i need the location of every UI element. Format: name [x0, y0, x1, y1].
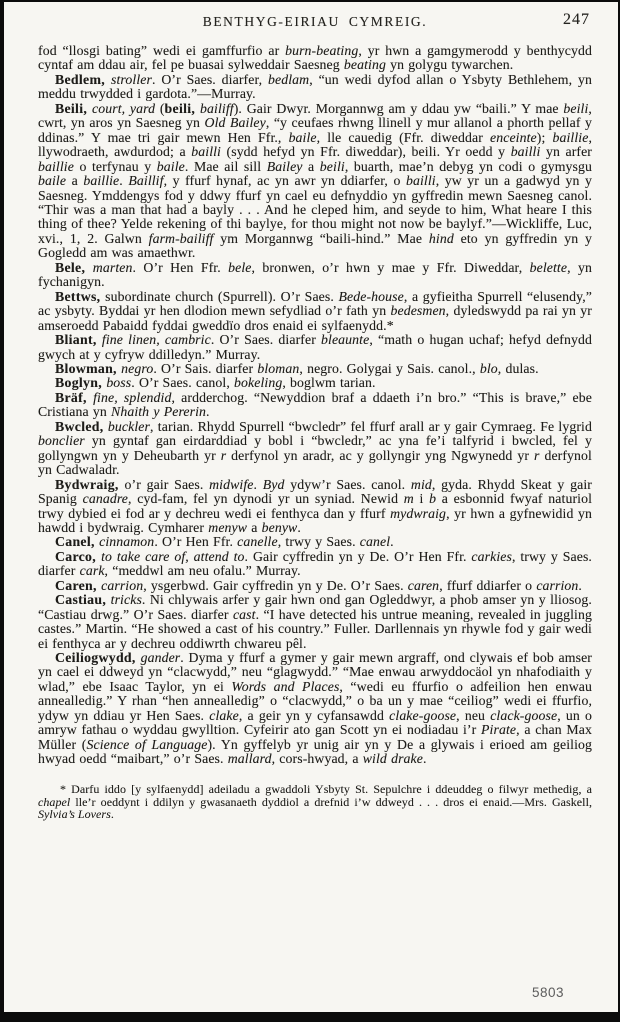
- text-run: .: [297, 520, 301, 535]
- italic-term: beili: [320, 159, 345, 174]
- text-run: .: [423, 751, 427, 766]
- italic-term: Nhaith y Pererin: [111, 404, 206, 419]
- text-run: );: [537, 130, 553, 145]
- italic-term: caren: [408, 578, 439, 593]
- italic-term: Bailey: [267, 159, 303, 174]
- text-run: . O’r Saes. canol,: [131, 375, 234, 390]
- italic-term: bokeling: [234, 375, 282, 390]
- headword: Castiau,: [55, 592, 111, 607]
- text-run: a: [303, 159, 320, 174]
- italic-term: cark: [80, 563, 105, 578]
- text-run: .: [254, 477, 263, 492]
- headword: Carco,: [55, 549, 101, 564]
- italic-term: bailiff: [200, 101, 234, 116]
- italic-term: cinnamon: [99, 534, 154, 549]
- italic-term: mydwraig: [390, 506, 446, 521]
- italic-term: mid: [411, 477, 432, 492]
- italic-term: baile: [157, 159, 185, 174]
- headword: Blowman,: [55, 361, 121, 376]
- text-run: , ysgerbwd. Gair cyffredin yn y De. O’r …: [143, 578, 408, 593]
- text-run: subordinate church (Spurrell). O’r Saes.: [105, 289, 338, 304]
- italic-term: hind: [429, 231, 454, 246]
- italic-term: enceinte: [490, 130, 537, 145]
- dictionary-entry: Boglyn, boss. O’r Saes. canol, bokeling,…: [38, 376, 592, 390]
- text-run: . O’r Hen Ffr.: [154, 534, 237, 549]
- italic-term: Science of Language: [86, 737, 207, 752]
- italic-term: blo: [480, 361, 498, 376]
- text-run: ydyw’r Saes. canol.: [285, 477, 411, 492]
- italic-term: canadre: [83, 491, 128, 506]
- text-run: fod “llosgi bating” wedi ei gamffurfio a…: [38, 43, 285, 58]
- italic-term: bonclier: [38, 433, 85, 448]
- headword: Bedlem,: [55, 72, 111, 87]
- italic-term: bele: [228, 260, 251, 275]
- italic-term: bailli: [511, 144, 541, 159]
- dictionary-entry: Beili, court, yard (beili, bailiff). Gai…: [38, 102, 592, 261]
- headword: Canel,: [55, 534, 99, 549]
- italic-term: stroller: [111, 72, 152, 87]
- dictionary-entry: Castiau, tricks. Ni chlywais arfer y gai…: [38, 593, 592, 651]
- italic-term: midwife: [209, 477, 253, 492]
- dictionary-entry: Bräf, fine, splendid, ardderchog. “Newyd…: [38, 391, 592, 420]
- italic-term: m: [404, 491, 414, 506]
- italic-term: fine, splendid: [93, 390, 171, 405]
- text-run: . O’r Hen Ffr.: [132, 260, 228, 275]
- text-run: , tarian. Rhydd Spurrell “bwcledr” fel f…: [150, 419, 592, 434]
- dictionary-entry: Bydwraig, o’r gair Saes. midwife. Byd yd…: [38, 478, 592, 536]
- dictionary-body: fod “llosgi bating” wedi ei gamffurfio a…: [38, 44, 592, 767]
- scan-stamp-number: 5803: [532, 985, 564, 1000]
- italic-term: gander: [141, 650, 181, 665]
- italic-term: court, yard: [92, 101, 155, 116]
- italic-term: clake: [209, 708, 239, 723]
- text-run: o terfynau y: [74, 159, 157, 174]
- italic-term: canelle: [237, 534, 278, 549]
- dictionary-entry: Canel, cinnamon. O’r Hen Ffr. canelle, t…: [38, 535, 592, 549]
- italic-term: belette: [530, 260, 567, 275]
- text-run: .: [206, 404, 210, 419]
- italic-term: Baillif: [128, 173, 163, 188]
- italic-term: Byd: [263, 477, 285, 492]
- dictionary-entry: Bele, marten. O’r Hen Ffr. bele, bronwen…: [38, 261, 592, 290]
- italic-term: marten: [93, 260, 133, 275]
- text-run: .: [390, 534, 394, 549]
- italic-term: mallard: [228, 751, 272, 766]
- text-run: .: [111, 807, 114, 821]
- italic-term: canel: [360, 534, 390, 549]
- text-run: * Darfu iddo [y sylfaenydd] adeiladu a g…: [60, 782, 592, 796]
- italic-term: baile: [289, 130, 317, 145]
- italic-term: boss: [106, 375, 131, 390]
- italic-term: carkies: [471, 549, 512, 564]
- italic-term: clake-goose: [389, 708, 456, 723]
- text-run: (: [155, 101, 164, 116]
- text-run: , cyd-fam, fel yn dynodi yr un syniad. N…: [128, 491, 404, 506]
- footnote-paragraph: * Darfu iddo [y sylfaenydd] adeiladu a g…: [38, 783, 592, 822]
- text-run: , y ffurf hynaf, ac yn awr yn ddiarfer, …: [164, 173, 406, 188]
- dictionary-entry: Carco, to take care of, attend to. Gair …: [38, 550, 592, 579]
- italic-term: bloman: [257, 361, 299, 376]
- text-run: .: [119, 173, 128, 188]
- italic-term: menyw: [208, 520, 247, 535]
- text-run: . Mae ail sill: [185, 159, 267, 174]
- italic-term: beili: [563, 101, 588, 116]
- italic-term: negro: [121, 361, 153, 376]
- text-run: .: [578, 578, 582, 593]
- dictionary-entry: Bedlem, stroller. O’r Saes. diarfer, bed…: [38, 73, 592, 102]
- dictionary-entry: Ceiliogwydd, gander. Dyma y ffurf a gyme…: [38, 651, 592, 767]
- text-run: . O’r Sais. diarfer: [153, 361, 257, 376]
- text-run: , neu: [456, 708, 490, 723]
- text-run: yn arfer: [540, 144, 592, 159]
- italic-term: fine linen, cambric: [102, 332, 211, 347]
- dictionary-entry: Bwcled, buckler, tarian. Rhydd Spurrell …: [38, 420, 592, 478]
- text-run: , buarth, mae’n debyg yn codi o gymysgu: [345, 159, 592, 174]
- headword: Ceiliogwydd,: [55, 650, 141, 665]
- text-run: , a geir yn y cyfansawdd: [239, 708, 389, 723]
- text-run: a: [66, 173, 83, 188]
- italic-term: beating: [344, 57, 386, 72]
- text-run: . Gair cyffredin yn y De. O’r Hen Ffr.: [245, 549, 472, 564]
- text-run: a: [247, 520, 262, 535]
- text-run: , bronwen, o’r hwn y mae y Ffr. Diweddar…: [252, 260, 530, 275]
- text-run: o’r gair Saes.: [125, 477, 210, 492]
- headword: Beili,: [55, 101, 92, 116]
- italic-term: clack-goose: [490, 708, 557, 723]
- text-run: , dulas.: [498, 361, 539, 376]
- italic-term: wild drake: [363, 751, 423, 766]
- dictionary-entry: Caren, carrion, ysgerbwd. Gair cyffredin…: [38, 579, 592, 593]
- text-run: i: [414, 491, 429, 506]
- italic-term: bailli: [406, 173, 436, 188]
- italic-term: Words and Places: [231, 679, 339, 694]
- dictionary-entry: Blowman, negro. O’r Sais. diarfer bloman…: [38, 362, 592, 376]
- text-run: lle’r oeddynt i ddilyn y gwasanaeth dydd…: [70, 795, 592, 809]
- italic-term: buckler: [108, 419, 150, 434]
- running-head: BENTHYG-EIRIAU CYMREIG. 247: [38, 10, 592, 36]
- italic-term: carrion: [101, 578, 143, 593]
- text-run: yn golygu tywarchen.: [386, 57, 513, 72]
- page-number: 247: [563, 11, 590, 29]
- scanned-book-page: BENTHYG-EIRIAU CYMREIG. 247 fod “llosgi …: [4, 2, 618, 1012]
- italic-term: farm-bailiff: [149, 231, 214, 246]
- italic-term: cast: [233, 607, 256, 622]
- headword: beili,: [165, 101, 201, 116]
- text-run: , “meddwl am neu ofalu.” Murray.: [105, 563, 301, 578]
- italic-term: tricks: [111, 592, 142, 607]
- italic-term: bleaunte: [321, 332, 369, 347]
- italic-term: baillie: [83, 173, 119, 188]
- headword: Bydwraig,: [55, 477, 125, 492]
- text-run: ). Gair Dwyr. Morgannwg am y ddau yw “ba…: [234, 101, 564, 116]
- text-run: . O’r Saes. diarfer: [211, 332, 321, 347]
- headword: Bele,: [55, 260, 93, 275]
- text-run: , trwy y Saes.: [278, 534, 360, 549]
- continuation-paragraph: fod “llosgi bating” wedi ei gamffurfio a…: [38, 44, 592, 73]
- italic-term: Pirate: [481, 722, 516, 737]
- italic-term: carrion: [536, 578, 578, 593]
- italic-term: bedlam: [268, 72, 309, 87]
- page-content: BENTHYG-EIRIAU CYMREIG. 247 fod “llosgi …: [38, 10, 592, 1012]
- italic-term: baillie: [552, 130, 588, 145]
- italic-term: chapel: [38, 795, 70, 809]
- headword: Boglyn,: [55, 375, 106, 390]
- text-run: , cors-hwyad, a: [272, 751, 363, 766]
- text-run: (sydd hefyd yn Ffr. diweddar), beili. Yr…: [221, 144, 511, 159]
- headword: Caren,: [55, 578, 101, 593]
- dictionary-entry: Bettws, subordinate church (Spurrell). O…: [38, 290, 592, 333]
- headword: Bwcled,: [55, 419, 108, 434]
- headword: Bräf,: [55, 390, 93, 405]
- text-run: , negro. Golygai y Sais. canol.,: [299, 361, 479, 376]
- italic-term: benyw: [262, 520, 298, 535]
- headword: Bettws,: [55, 289, 105, 304]
- dictionary-entry: Bliant, fine linen, cambric. O’r Saes. d…: [38, 333, 592, 362]
- italic-term: bailli: [191, 144, 221, 159]
- italic-term: bedesmen: [390, 303, 445, 318]
- italic-term: baillie: [38, 159, 74, 174]
- text-run: ym Morgannwg “baili-hind.” Mae: [213, 231, 428, 246]
- footnote: * Darfu iddo [y sylfaenydd] adeiladu a g…: [38, 783, 592, 822]
- italic-term: Bede-house: [338, 289, 403, 304]
- italic-term: burn-beating: [285, 43, 358, 58]
- italic-term: to take care of, attend to: [101, 549, 244, 564]
- text-run: derfynol yn aradr, ac y gollyngir yng Ng…: [226, 448, 534, 463]
- text-run: , boglwm tarian.: [282, 375, 375, 390]
- italic-term: baile: [38, 173, 66, 188]
- headword: Bliant,: [55, 332, 102, 347]
- text-run: . O’r Saes. diarfer,: [152, 72, 268, 87]
- page-title: BENTHYG-EIRIAU CYMREIG.: [38, 14, 592, 30]
- italic-term: Sylvia’s Lovers: [38, 807, 111, 821]
- text-run: , ffurf ddiarfer o: [439, 578, 536, 593]
- italic-term: Old Bailey: [205, 115, 266, 130]
- text-run: , lle cauedig (Ffr. diweddar: [317, 130, 490, 145]
